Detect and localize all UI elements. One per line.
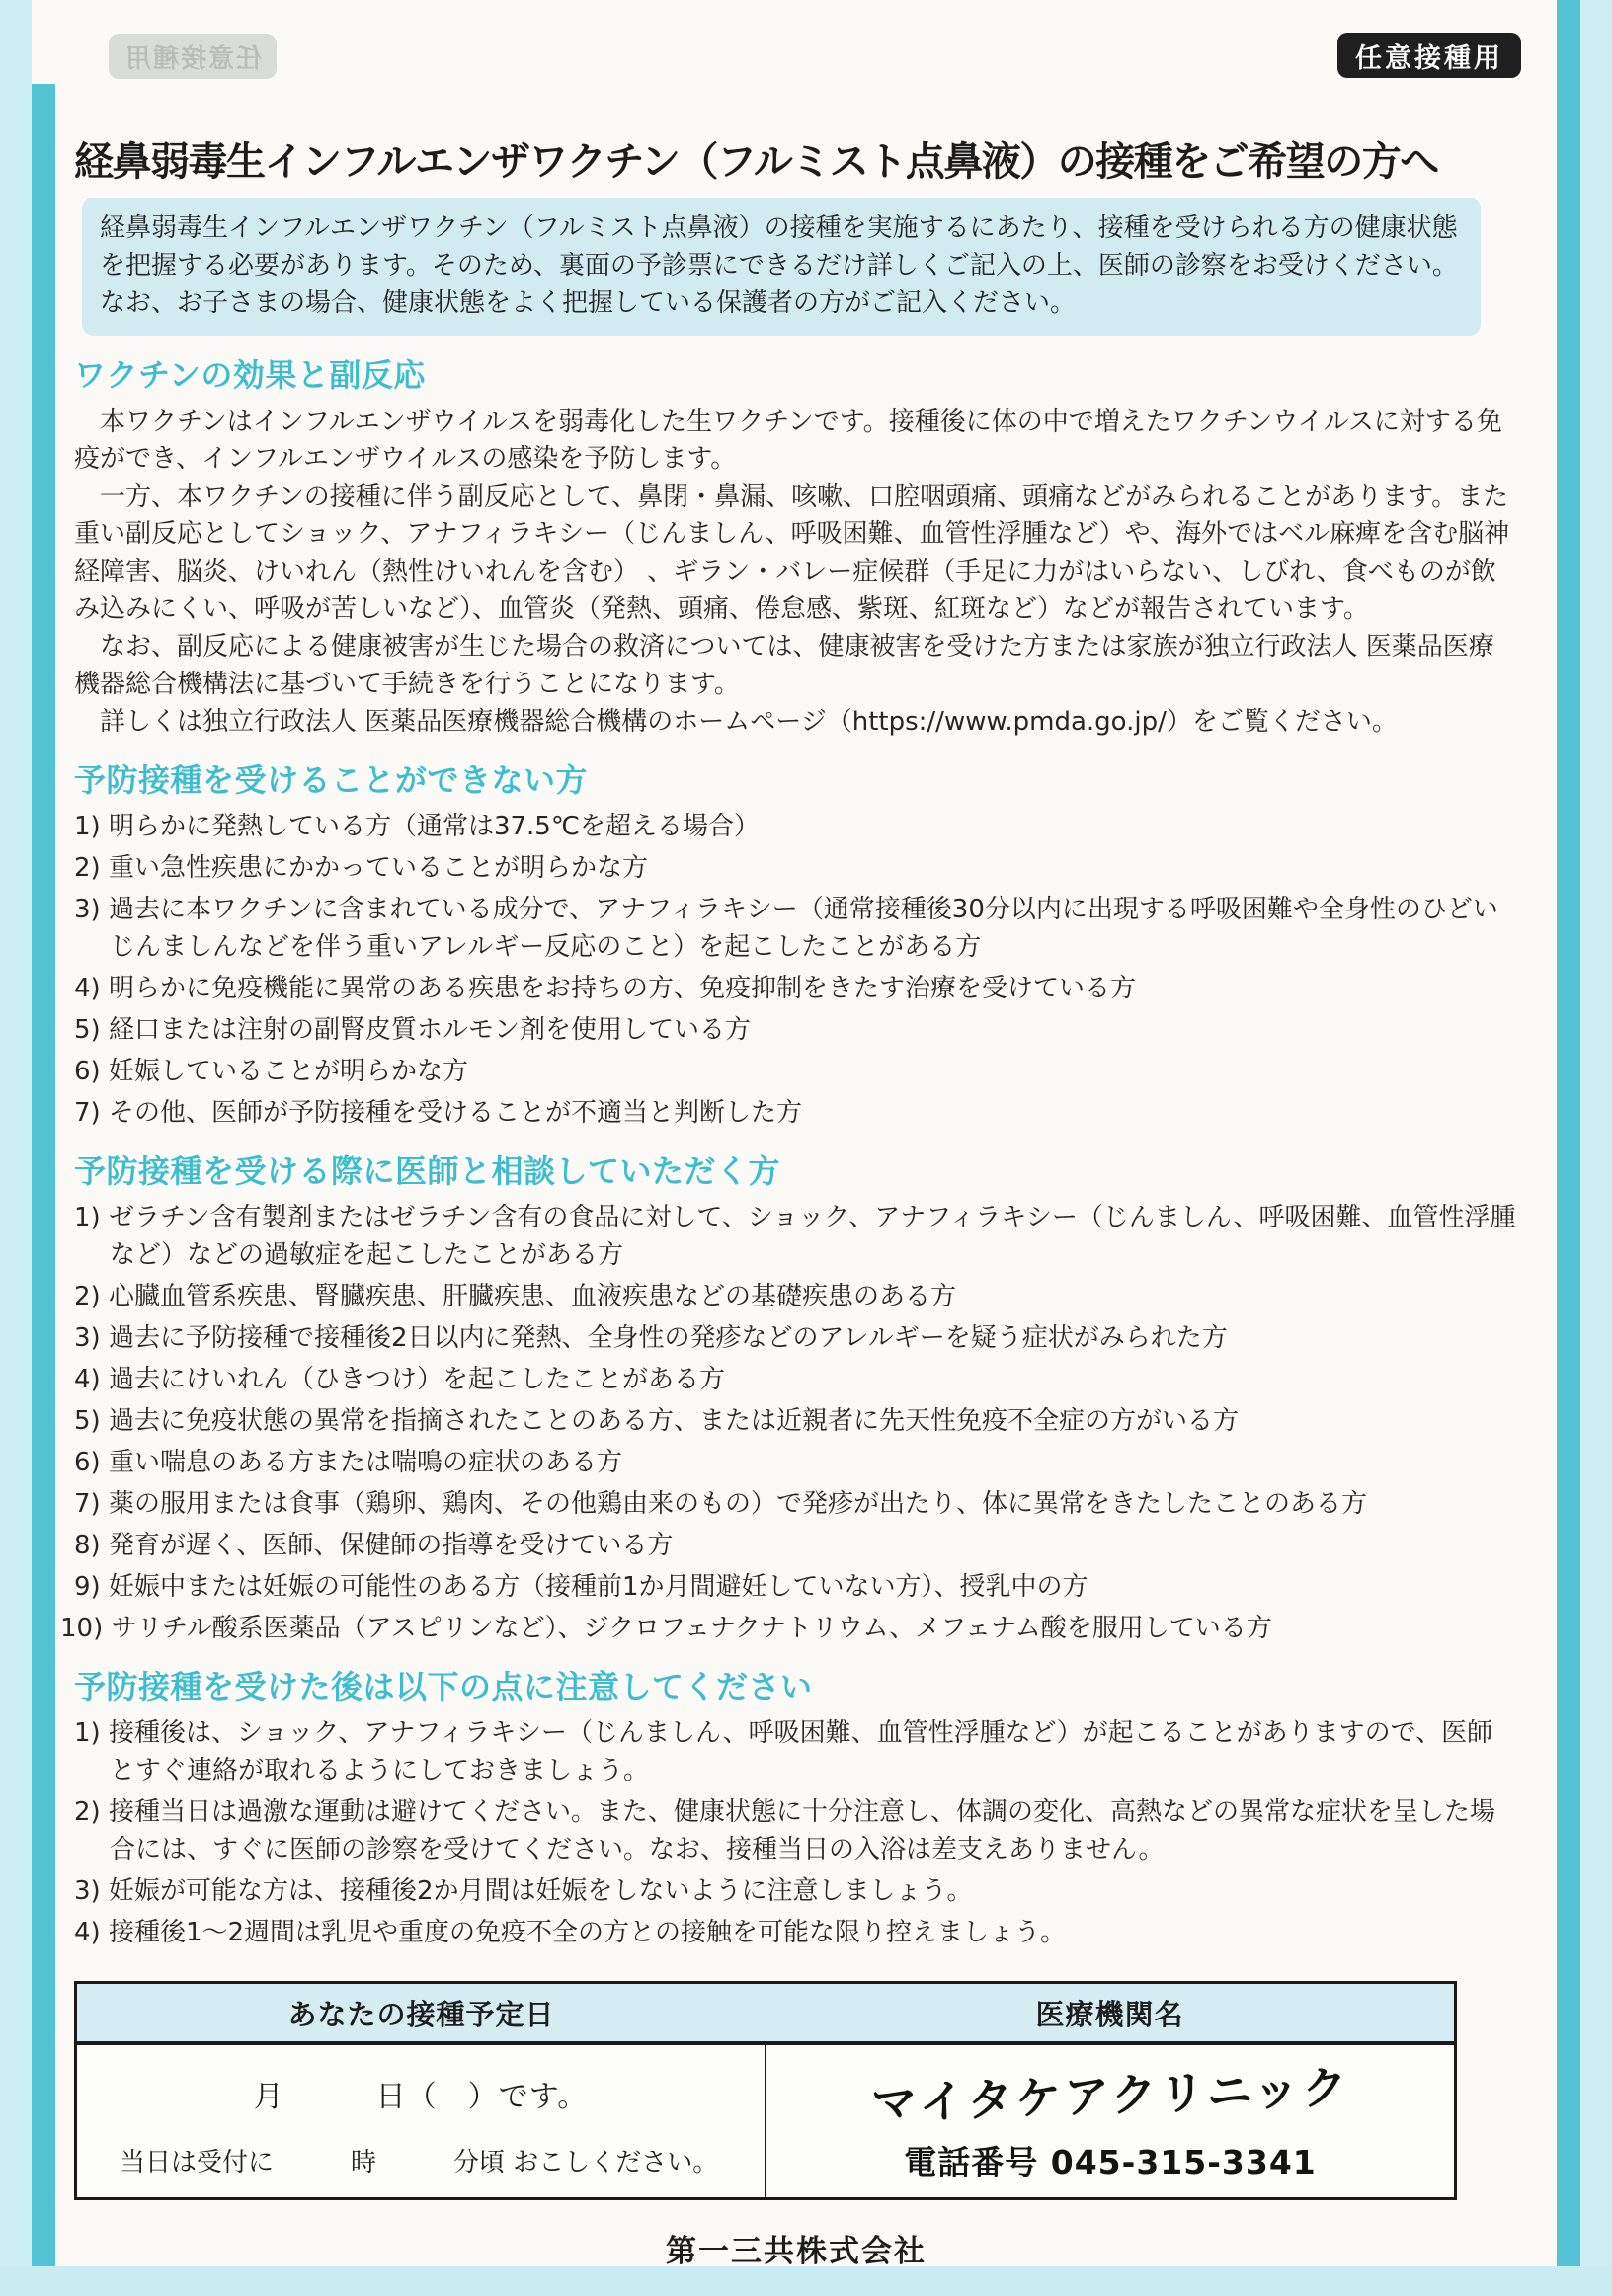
section-heading-after-vaccination: 予防接種を受けた後は以下の点に注意してください bbox=[74, 1667, 1518, 1706]
list-item: 8) 発育が遅く、医師、保健師の指導を受けている方 bbox=[74, 1527, 1518, 1564]
left-dark-stripe bbox=[32, 84, 55, 2296]
list-item: 6) 重い喘息のある方または喘鳴の症状のある方 bbox=[74, 1444, 1518, 1481]
intro-box: 経鼻弱毒生インフルエンザワクチン（フルミスト点鼻液）の接種を実施するにあたり、接… bbox=[82, 198, 1481, 336]
consult-doctor-list: 1) ゼラチン含有製剤またはゼラチン含有の食品に対して、ショック、アナフィラキシ… bbox=[74, 1199, 1518, 1647]
table-header-medical-institution: 医療機関名 bbox=[766, 1983, 1456, 2044]
scheduled-date-cell: 月 日（ ）です。 当日は受付に 時 分頃 おこしください。 bbox=[76, 2043, 766, 2199]
section1-paragraph: 本ワクチンはインフルエンザウイルスを弱毒化した生ワクチンです。接種後に体の中で増… bbox=[74, 403, 1518, 478]
right-dark-stripe bbox=[1557, 0, 1580, 2296]
clinic-name: マイタケアクリニック bbox=[870, 2051, 1351, 2133]
time-fill-in-line: 当日は受付に 時 分頃 おこしください。 bbox=[98, 2142, 744, 2178]
list-item: 1) ゼラチン含有製剤またはゼラチン含有の食品に対して、ショック、アナフィラキシ… bbox=[74, 1199, 1518, 1274]
section1-paragraph: なお、副反応による健康被害が生じた場合の救済については、健康被害を受けた方または… bbox=[74, 628, 1518, 703]
after-vaccination-list: 1) 接種後は、ショック、アナフィラキシー（じんましん、呼吸困難、血管性浮腫など… bbox=[74, 1714, 1518, 1951]
list-item: 7) 薬の服用または食事（鶏卵、鶏肉、その他鶏由来のもの）で発疹が出たり、体に異… bbox=[74, 1485, 1518, 1523]
list-item: 3) 妊娠が可能な方は、接種後2か月間は妊娠をしないように注意しましょう。 bbox=[74, 1872, 1518, 1910]
section-heading-consult-doctor: 予防接種を受ける際に医師と相談していただく方 bbox=[74, 1151, 1518, 1191]
intro-paragraph-2: なお、お子さまの場合、健康状態をよく把握している保護者の方がご記入ください。 bbox=[100, 284, 1463, 322]
section1-paragraph: 詳しくは独立行政法人 医薬品医療機器総合機構のホームページ（https://ww… bbox=[74, 703, 1518, 741]
section-heading-effects: ワクチンの効果と副反応 bbox=[74, 356, 1518, 395]
list-item: 2) 心臓血管系疾患、腎臓疾患、肝臓疾患、血液疾患などの基礎疾患のある方 bbox=[74, 1278, 1518, 1315]
page-title: 経鼻弱毒生インフルエンザワクチン（フルミスト点鼻液）の接種をご希望の方へ bbox=[74, 138, 1518, 186]
publisher: 第一三共株式会社 bbox=[74, 2226, 1518, 2270]
list-item: 4) 接種後1～2週間は乳児や重度の免疫不全の方との接触を可能な限り控えましょう… bbox=[74, 1914, 1518, 1951]
medical-institution-cell: マイタケアクリニック 電話番号 045-315-3341 bbox=[766, 2043, 1456, 2199]
clinic-phone: 電話番号 045-315-3341 bbox=[904, 2137, 1317, 2183]
list-item: 1) 接種後は、ショック、アナフィラキシー（じんましん、呼吸困難、血管性浮腫など… bbox=[74, 1714, 1518, 1789]
list-item: 4) 過去にけいれん（ひきつけ）を起こしたことがある方 bbox=[74, 1361, 1518, 1398]
list-item: 2) 重い急性疾患にかかっていることが明らかな方 bbox=[74, 849, 1518, 887]
list-item: 9) 妊娠中または妊娠の可能性のある方（接種前1か月間避妊していない方）、授乳中… bbox=[74, 1568, 1518, 1606]
cannot-receive-list: 1) 明らかに発熱している方（通常は37.5℃を超える場合） 2) 重い急性疾患… bbox=[74, 808, 1518, 1132]
bottom-band bbox=[0, 2266, 1612, 2296]
list-item: 2) 接種当日は過激な運動は避けてください。また、健康状態に十分注意し、体調の変… bbox=[74, 1793, 1518, 1868]
table-header-scheduled-date: あなたの接種予定日 bbox=[76, 1983, 766, 2044]
date-fill-in-line: 月 日（ ）です。 bbox=[98, 2072, 744, 2115]
right-pale-stripe bbox=[1580, 0, 1612, 2296]
list-item: 4) 明らかに免疫機能に異常のある疾患をお持ちの方、免疫抑制をきたす治療を受けて… bbox=[74, 970, 1518, 1007]
section1-paragraph: 一方、本ワクチンの接種に伴う副反応として、鼻閉・鼻漏、咳嗽、口腔咽頭痛、頭痛など… bbox=[74, 478, 1518, 628]
intro-paragraph-1: 経鼻弱毒生インフルエンザワクチン（フルミスト点鼻液）の接種を実施するにあたり、接… bbox=[100, 209, 1463, 284]
document-body: 経鼻弱毒生インフルエンザワクチン（フルミスト点鼻液）の接種をご希望の方へ 経鼻弱… bbox=[74, 0, 1518, 2270]
appointment-table: あなたの接種予定日 医療機関名 月 日（ ）です。 当日は受付に 時 分頃 おこ… bbox=[74, 1981, 1457, 2200]
list-item: 7) その他、医師が予防接種を受けることが不適当と判断した方 bbox=[74, 1094, 1518, 1132]
section-heading-cannot-receive: 予防接種を受けることができない方 bbox=[74, 760, 1518, 800]
list-item: 5) 経口または注射の副腎皮質ホルモン剤を使用している方 bbox=[74, 1011, 1518, 1049]
list-item: 5) 過去に免疫状態の異常を指摘されたことのある方、または近親者に先天性免疫不全… bbox=[74, 1402, 1518, 1440]
list-item: 10) サリチル酸系医薬品（アスピリンなど）、ジクロフェナクナトリウム、メフェナ… bbox=[60, 1610, 1518, 1647]
list-item: 6) 妊娠していることが明らかな方 bbox=[74, 1053, 1518, 1090]
list-item: 3) 過去に本ワクチンに含まれている成分で、アナフィラキシー（通常接種後30分以… bbox=[74, 891, 1518, 966]
list-item: 3) 過去に予防接種で接種後2日以内に発熱、全身性の発疹などのアレルギーを疑う症… bbox=[74, 1319, 1518, 1357]
list-item: 1) 明らかに発熱している方（通常は37.5℃を超える場合） bbox=[74, 808, 1518, 845]
left-pale-stripe bbox=[0, 0, 32, 2296]
